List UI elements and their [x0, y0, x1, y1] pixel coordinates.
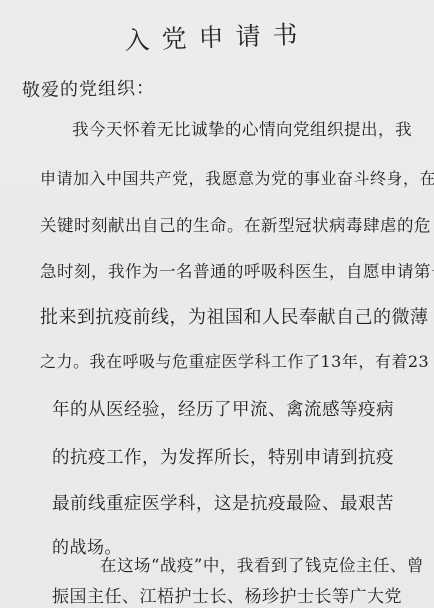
letter-salutation: 敬爱的党组织：	[22, 74, 155, 102]
body-line-8: 的抗疫工作，为发挥所长，特别申请到抗疫	[52, 444, 394, 469]
body-line-11: 在这场“战疫”中，我看到了钱克俭主任、曾	[100, 552, 424, 576]
body-line-2: 申请加入中国共产党，我愿意为党的事业奋斗终身，在	[40, 166, 434, 189]
body-line-3: 关键时刻献出自己的生命。在新型冠状病毒肆虐的危	[40, 212, 431, 236]
body-line-6: 之力。我在呼吸与危重症医学科工作了13年，有着23	[40, 349, 429, 372]
body-line-4: 急时刻，我作为一名普通的呼吸科医生，自愿申请第一	[40, 258, 434, 282]
letter-title: 入党申请书	[0, 10, 434, 61]
body-line-12: 振国主任、江梧护士长、杨珍护士长等广大党	[52, 582, 402, 607]
handwritten-letter-page: 入党申请书 敬爱的党组织： 我今天怀着无比诚挚的心情向党组织提出，我 申请加入中…	[0, 0, 434, 608]
body-line-1: 我今天怀着无比诚挚的心情向党组织提出，我	[72, 116, 412, 140]
body-line-9: 最前线重症医学科，这是抗疫最险、最艰苦	[52, 490, 394, 515]
body-line-5: 批来到抗疫前线，为祖国和人民奉献自己的微薄	[40, 303, 429, 329]
body-line-7: 年的从医经验，经历了甲流、禽流感等疫病	[52, 396, 394, 421]
